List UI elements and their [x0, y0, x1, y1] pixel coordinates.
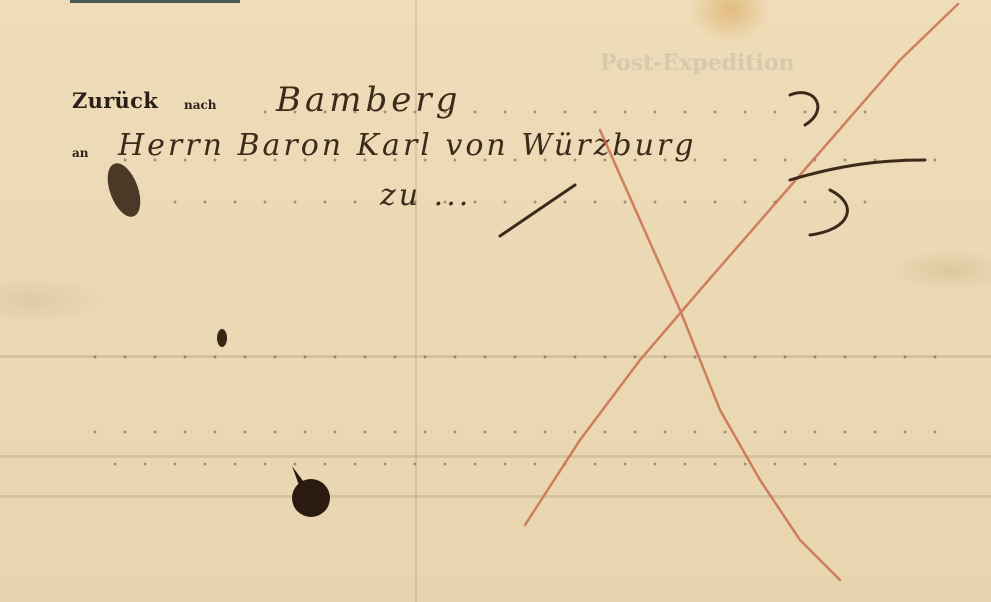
ink-blot	[217, 329, 227, 347]
handwriting-flourishes	[500, 93, 925, 236]
scanned-document: Post-Expedition Zurück nach an Bamberg H…	[0, 0, 991, 602]
red-cross-mark	[525, 4, 958, 580]
ink-blot	[292, 466, 330, 517]
marks-overlay	[0, 0, 991, 602]
ink-blot	[101, 159, 146, 221]
